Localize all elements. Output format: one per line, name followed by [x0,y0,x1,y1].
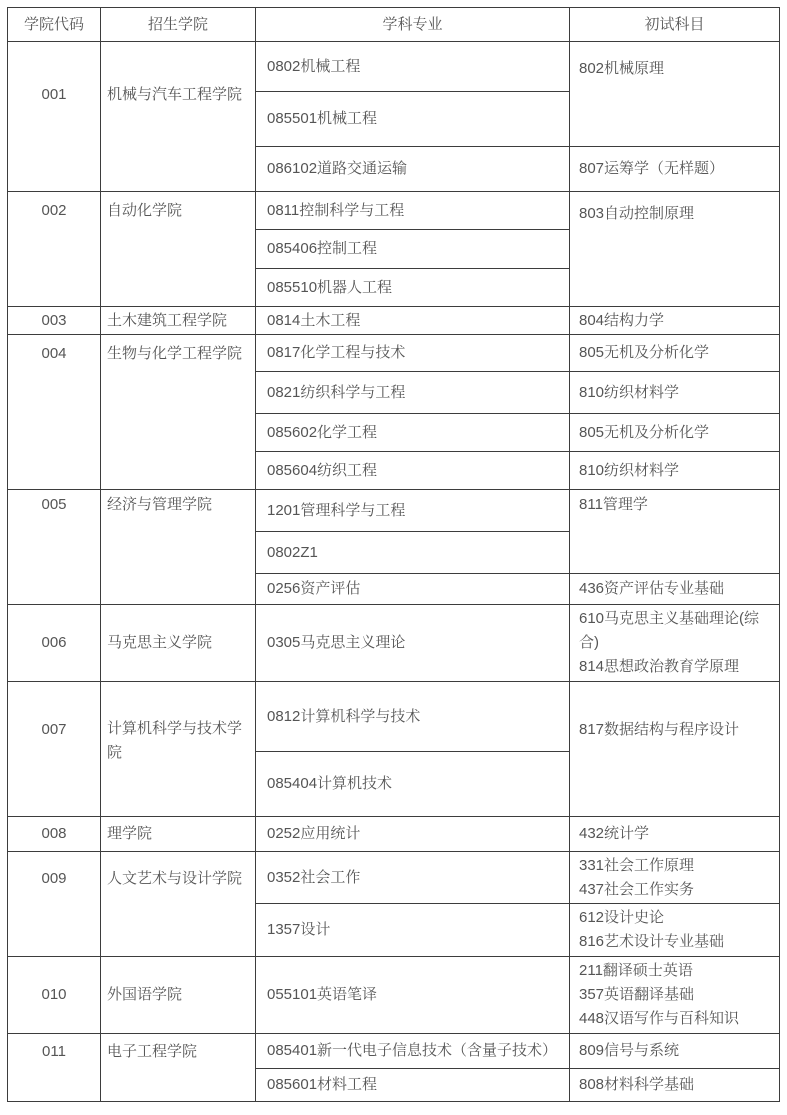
table-row: 010 外国语学院 055101英语笔译 211翻译硕士英语 357英语翻译基础… [8,957,780,1034]
table-row: 001 机械与汽车工程学院 0802机械工程 802机械原理 [8,42,780,92]
table-row: 007 计算机科学与技术学院 0812计算机科学与技术 817数据结构与程序设计 [8,682,780,752]
college-name-cell: 经济与管理学院 [101,490,256,605]
subjects-cell: 810纺织材料学 [570,452,780,490]
subjects-cell: 810纺织材料学 [570,372,780,414]
major-cell: 085401新一代电子信息技术（含量子技术） [256,1034,570,1069]
table-row: 011 电子工程学院 085401新一代电子信息技术（含量子技术） 809信号与… [8,1034,780,1069]
table-row: 004 生物与化学工程学院 0817化学工程与技术 805无机及分析化学 [8,335,780,372]
subjects-cell: 805无机及分析化学 [570,335,780,372]
major-cell: 085406控制工程 [256,230,570,269]
major-cell: 0305马克思主义理论 [256,605,570,682]
college-code-cell: 001 [8,42,101,192]
subjects-cell: 811管理学 [570,490,780,574]
college-code-cell: 010 [8,957,101,1034]
college-code-cell: 008 [8,817,101,852]
subjects-cell: 610马克思主义基础理论(综合) 814思想政治教育学原理 [570,605,780,682]
major-cell: 0821纺织科学与工程 [256,372,570,414]
table-row: 009 人文艺术与设计学院 0352社会工作 331社会工作原理 437社会工作… [8,852,780,904]
header-subjects: 初试科目 [570,8,780,42]
table-row: 003 土木建筑工程学院 0814土木工程 804结构力学 [8,307,780,335]
college-name-cell: 人文艺术与设计学院 [101,852,256,957]
college-name-cell: 外国语学院 [101,957,256,1034]
header-college-code: 学院代码 [8,8,101,42]
table-row: 005 经济与管理学院 1201管理科学与工程 811管理学 [8,490,780,532]
college-name-cell: 理学院 [101,817,256,852]
major-cell: 086102道路交通运输 [256,147,570,192]
college-name-cell: 电子工程学院 [101,1034,256,1102]
college-code-cell: 011 [8,1034,101,1102]
subjects-cell: 808材料科学基础 [570,1069,780,1102]
college-code-cell: 005 [8,490,101,605]
table-row: 002 自动化学院 0811控制科学与工程 803自动控制原理 [8,192,780,230]
major-cell: 085510机器人工程 [256,269,570,307]
major-cell: 1201管理科学与工程 [256,490,570,532]
major-cell: 085602化学工程 [256,414,570,452]
college-code-cell: 003 [8,307,101,335]
subjects-cell: 331社会工作原理 437社会工作实务 [570,852,780,904]
subjects-cell: 817数据结构与程序设计 [570,682,780,817]
college-code-cell: 006 [8,605,101,682]
page: 学院代码 招生学院 学科专业 初试科目 001 机械与汽车工程学院 0802机械… [0,0,787,1102]
subjects-cell: 612设计史论 816艺术设计专业基础 [570,904,780,957]
header-college-name: 招生学院 [101,8,256,42]
table-row: 008 理学院 0252应用统计 432统计学 [8,817,780,852]
major-cell: 085404计算机技术 [256,752,570,817]
college-code-cell: 009 [8,852,101,957]
college-code-cell: 004 [8,335,101,490]
table-row: 006 马克思主义学院 0305马克思主义理论 610马克思主义基础理论(综合)… [8,605,780,682]
major-cell: 1357设计 [256,904,570,957]
major-cell: 0811控制科学与工程 [256,192,570,230]
admissions-table: 学院代码 招生学院 学科专业 初试科目 001 机械与汽车工程学院 0802机械… [7,7,780,1102]
major-cell: 085501机械工程 [256,92,570,147]
header-major: 学科专业 [256,8,570,42]
major-cell: 0817化学工程与技术 [256,335,570,372]
major-cell: 055101英语笔译 [256,957,570,1034]
major-cell: 0252应用统计 [256,817,570,852]
college-name-cell: 生物与化学工程学院 [101,335,256,490]
major-cell: 0814土木工程 [256,307,570,335]
subjects-cell: 804结构力学 [570,307,780,335]
subjects-cell: 809信号与系统 [570,1034,780,1069]
college-name-cell: 马克思主义学院 [101,605,256,682]
subjects-cell: 803自动控制原理 [570,192,780,307]
subjects-cell: 211翻译硕士英语 357英语翻译基础 448汉语写作与百科知识 [570,957,780,1034]
subjects-cell: 807运筹学（无样题） [570,147,780,192]
subjects-cell: 436资产评估专业基础 [570,574,780,605]
college-name-cell: 自动化学院 [101,192,256,307]
major-cell: 0256资产评估 [256,574,570,605]
subjects-cell: 802机械原理 [570,42,780,147]
subjects-cell: 805无机及分析化学 [570,414,780,452]
major-cell: 0802Z1 [256,532,570,574]
header-row: 学院代码 招生学院 学科专业 初试科目 [8,8,780,42]
college-code-cell: 002 [8,192,101,307]
major-cell: 085604纺织工程 [256,452,570,490]
major-cell: 085601材料工程 [256,1069,570,1102]
subjects-cell: 432统计学 [570,817,780,852]
college-name-cell: 机械与汽车工程学院 [101,42,256,192]
college-name-cell: 计算机科学与技术学院 [101,682,256,817]
college-name-cell: 土木建筑工程学院 [101,307,256,335]
major-cell: 0352社会工作 [256,852,570,904]
major-cell: 0812计算机科学与技术 [256,682,570,752]
college-code-cell: 007 [8,682,101,817]
major-cell: 0802机械工程 [256,42,570,92]
